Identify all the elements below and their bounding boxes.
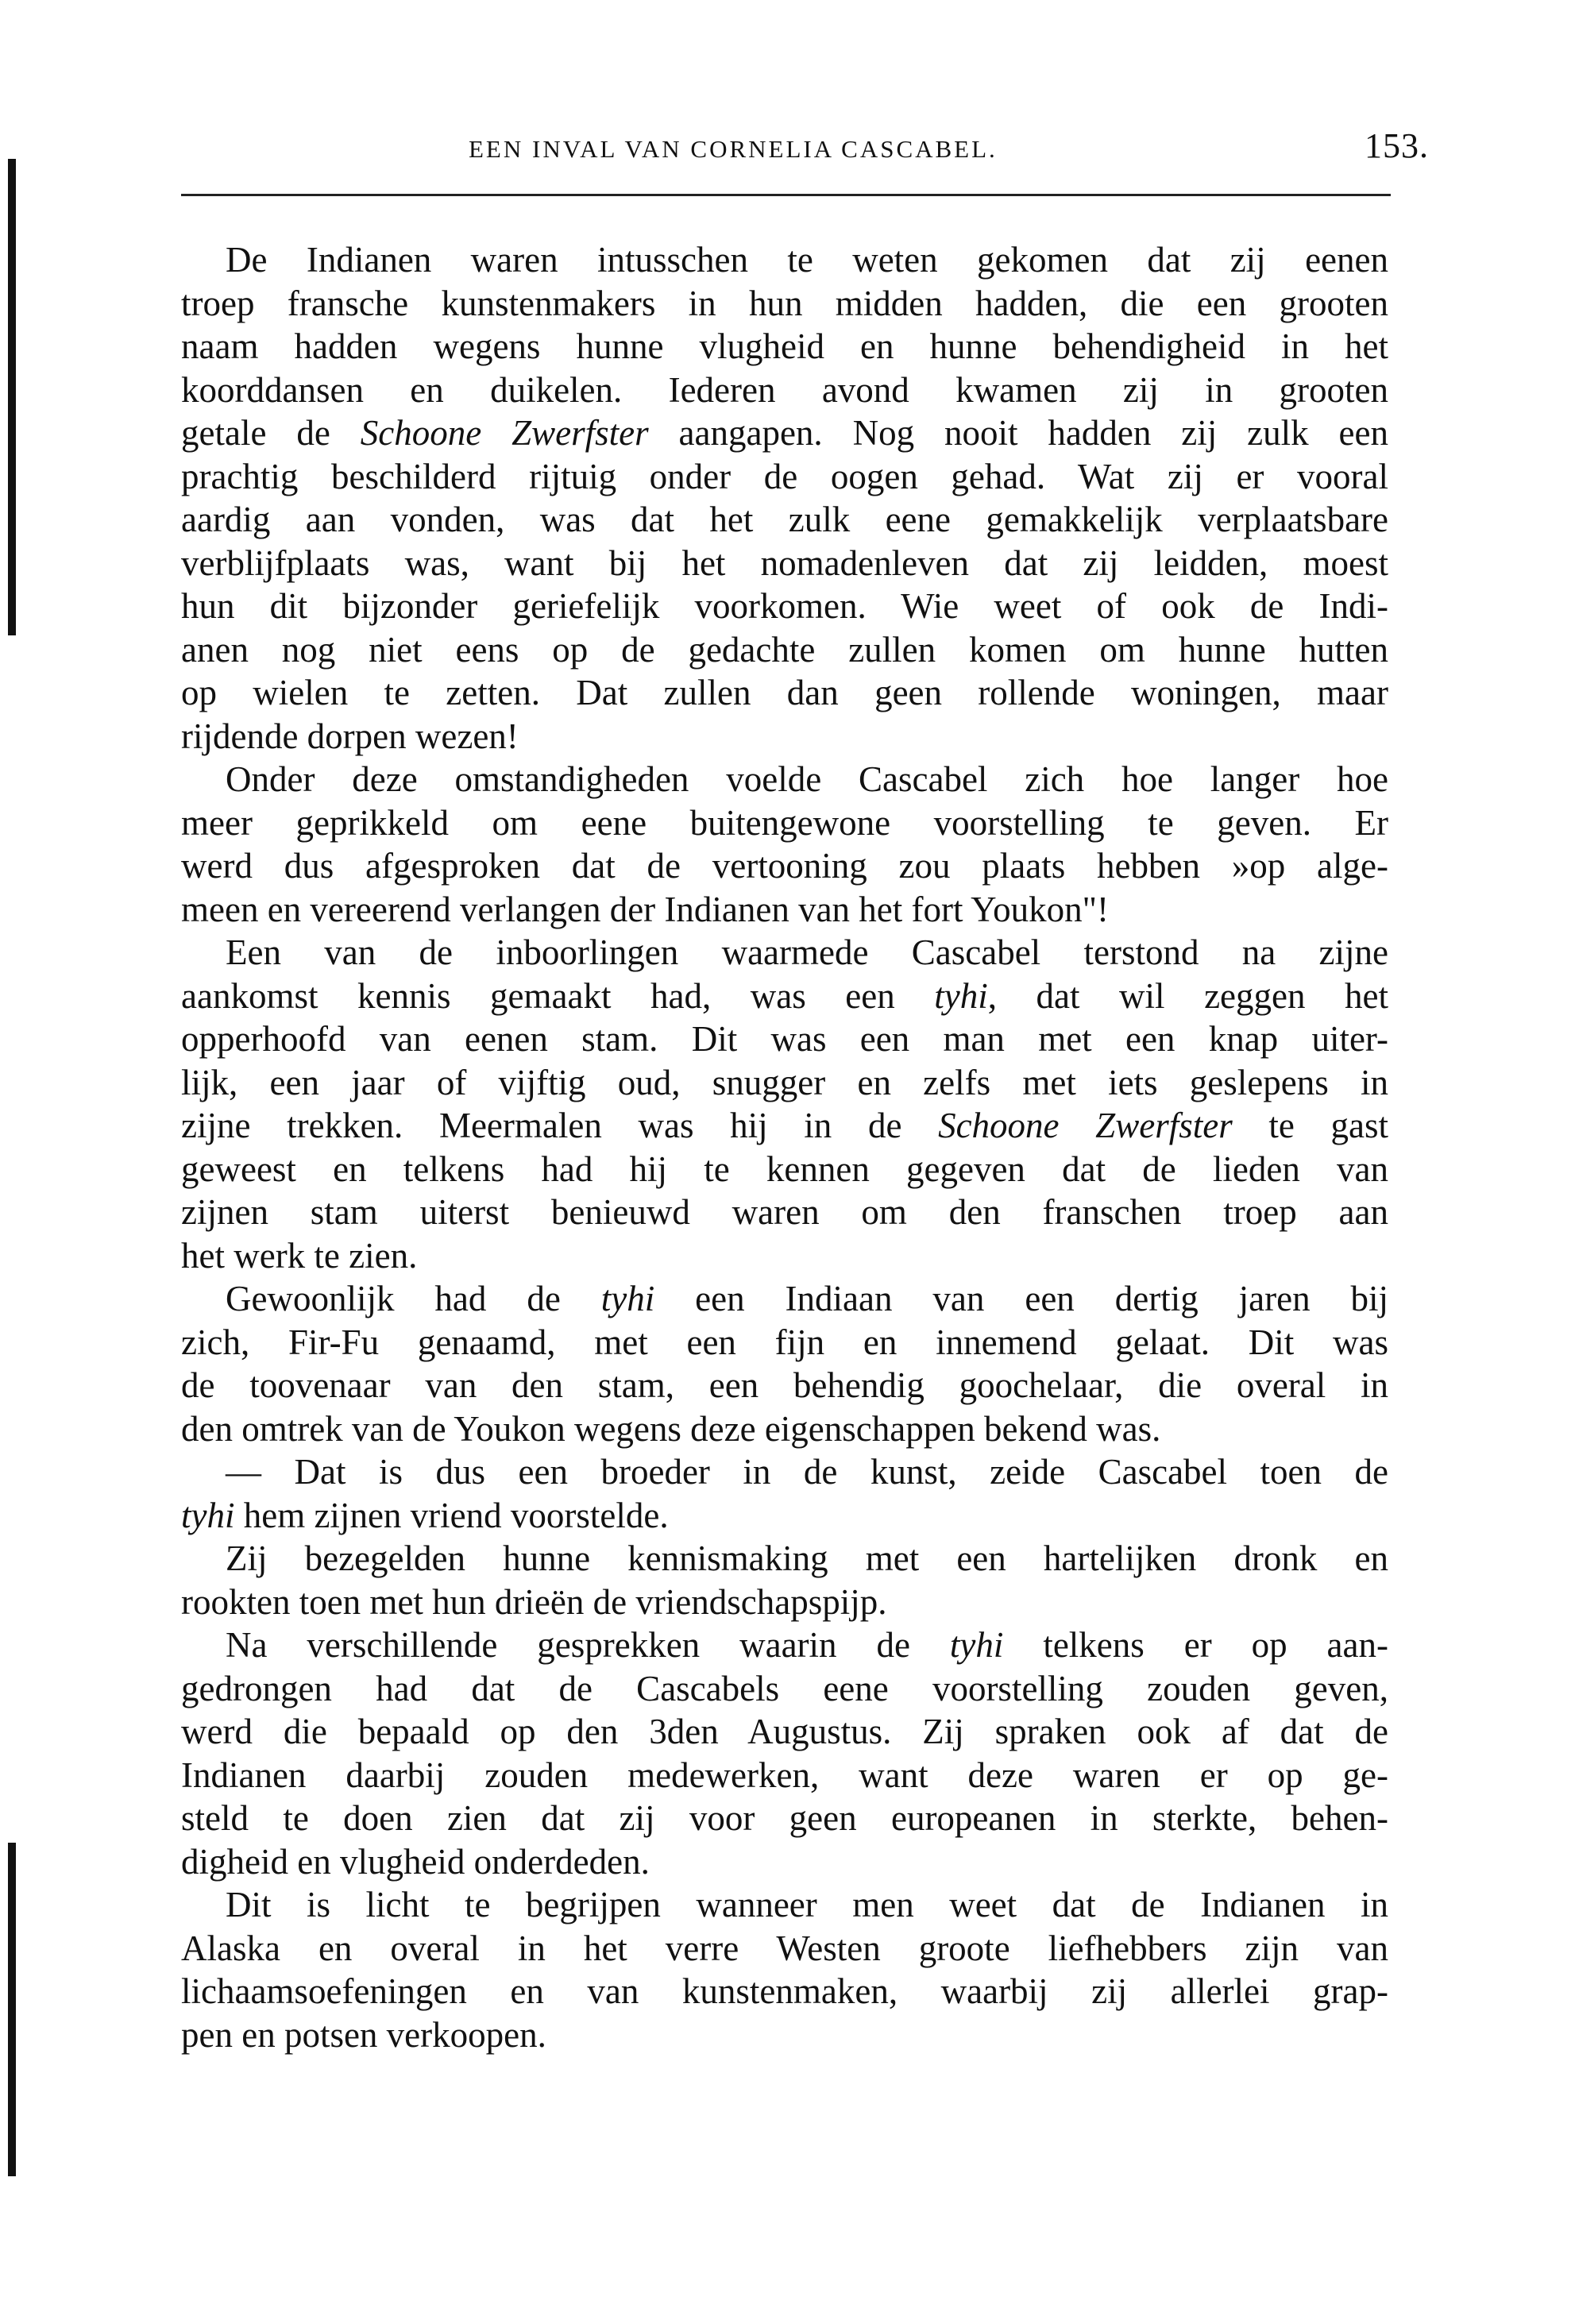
paragraph: Onder deze omstandigheden voelde Cascabe… [181, 758, 1388, 931]
text-line: zijne trekken. Meermalen was hij in de S… [181, 1104, 1388, 1148]
paragraph: Gewoonlijk had de tyhi een Indiaan van e… [181, 1277, 1388, 1450]
text-line: den omtrek van de Youkon wegens deze eig… [181, 1407, 1388, 1451]
text-line: lijk, een jaar of vijftig oud, snugger e… [181, 1061, 1388, 1105]
text-line: tyhi hem zijnen vriend voorstelde. [181, 1494, 1388, 1538]
text-line: werd die bepaald op den 3den Augustus. Z… [181, 1710, 1388, 1754]
scan-edge-artifact [8, 1843, 16, 2176]
text-line: De Indianen waren intusschen te weten ge… [181, 238, 1388, 282]
paragraph: De Indianen waren intusschen te weten ge… [181, 238, 1388, 758]
text-line: op wielen te zetten. Dat zullen dan geen… [181, 671, 1388, 715]
text-line: de toovenaar van den stam, een behendig … [181, 1364, 1388, 1407]
text-line: rookten toen met hun drieën de vriendsch… [181, 1581, 1388, 1624]
paragraph: Een van de inboorlingen waarmede Cascabe… [181, 931, 1388, 1277]
body-text: De Indianen waren intusschen te weten ge… [181, 238, 1388, 2056]
text-line: getale de Schoone Zwerfster aangapen. No… [181, 411, 1388, 455]
header-rule [181, 194, 1391, 196]
text-line: geweest en telkens had hij te kennen geg… [181, 1148, 1388, 1191]
running-title: EEN INVAL VAN CORNELIA CASCABEL. [469, 135, 998, 164]
text-line: steld te doen zien dat zij voor geen eur… [181, 1797, 1388, 1840]
text-line: aankomst kennis gemaakt had, was een tyh… [181, 975, 1388, 1018]
text-line: werd dus afgesproken dat de vertooning z… [181, 844, 1388, 888]
page-header: EEN INVAL VAN CORNELIA CASCABEL. 153. [181, 125, 1388, 173]
text-line: lichaamsoefeningen en van kunstenmaken, … [181, 1970, 1388, 2013]
paragraph: Zij bezegelden hunne kennismaking met ee… [181, 1537, 1388, 1623]
text-line: troep fransche kunstenmakers in hun midd… [181, 282, 1388, 326]
text-line: Een van de inboorlingen waarmede Cascabe… [181, 931, 1388, 975]
text-line: gedrongen had dat de Cascabels eene voor… [181, 1667, 1388, 1711]
text-line: zijnen stam uiterst benieuwd waren om de… [181, 1191, 1388, 1234]
text-line: — Dat is dus een broeder in de kunst, ze… [181, 1450, 1388, 1494]
text-line: digheid en vlugheid onderdeden. [181, 1840, 1388, 1884]
text-line: hun dit bijzonder geriefelijk voorkomen.… [181, 585, 1388, 628]
text-line: koorddansen en duikelen. Iederen avond k… [181, 369, 1388, 412]
text-line: pen en potsen verkoopen. [181, 2013, 1388, 2057]
paragraph: — Dat is dus een broeder in de kunst, ze… [181, 1450, 1388, 1537]
page-number: 153. [1365, 125, 1429, 166]
text-line: aardig aan vonden, was dat het zulk eene… [181, 498, 1388, 542]
text-line: opperhoofd van eenen stam. Dit was een m… [181, 1017, 1388, 1061]
paragraph: Dit is licht te begrijpen wanneer men we… [181, 1883, 1388, 2056]
text-line: naam hadden wegens hunne vlugheid en hun… [181, 325, 1388, 369]
text-line: Zij bezegelden hunne kennismaking met ee… [181, 1537, 1388, 1581]
text-line: anen nog niet eens op de gedachte zullen… [181, 628, 1388, 672]
text-line: Onder deze omstandigheden voelde Cascabe… [181, 758, 1388, 801]
text-line: rijdende dorpen wezen! [181, 715, 1388, 759]
text-line: Alaska en overal in het verre Westen gro… [181, 1927, 1388, 1971]
text-line: prachtig beschilderd rijtuig onder de oo… [181, 455, 1388, 499]
text-line: Na verschillende gesprekken waarin de ty… [181, 1623, 1388, 1667]
text-line: verblijfplaats was, want bij het nomaden… [181, 542, 1388, 585]
paragraph: Na verschillende gesprekken waarin de ty… [181, 1623, 1388, 1883]
text-line: Indianen daarbij zouden medewerken, want… [181, 1754, 1388, 1797]
text-line: Dit is licht te begrijpen wanneer men we… [181, 1883, 1388, 1927]
text-line: Gewoonlijk had de tyhi een Indiaan van e… [181, 1277, 1388, 1321]
text-line: meen en vereerend verlangen der Indianen… [181, 888, 1388, 932]
scan-edge-artifact [8, 159, 16, 635]
text-line: zich, Fir-Fu genaamd, met een fijn en in… [181, 1321, 1388, 1365]
text-line: het werk te zien. [181, 1234, 1388, 1278]
text-line: meer geprikkeld om eene buitengewone voo… [181, 801, 1388, 845]
